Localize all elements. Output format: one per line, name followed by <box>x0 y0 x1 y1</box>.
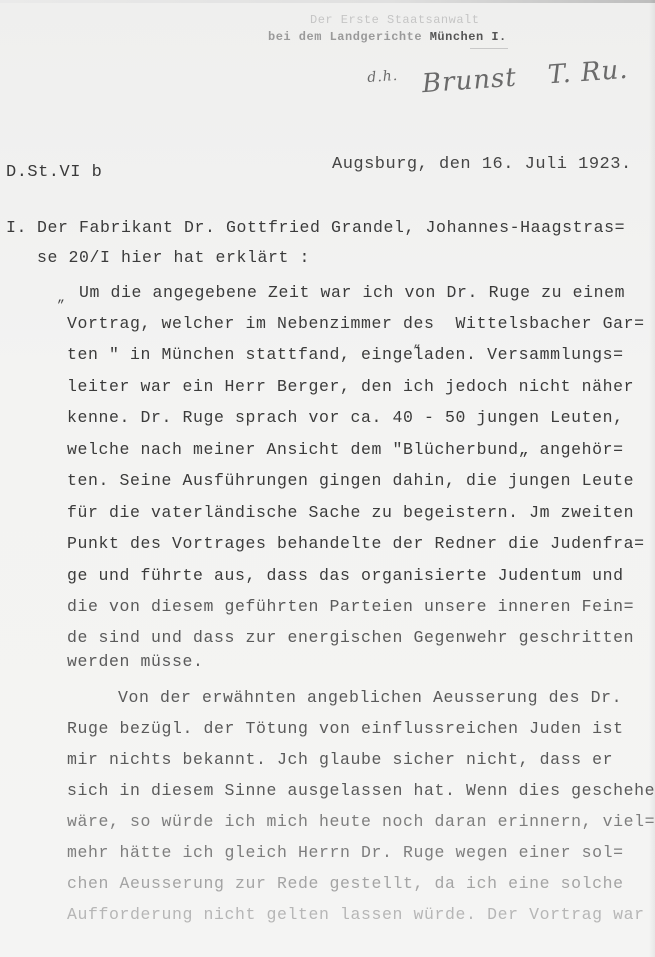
document-page: Der Erste Staatsanwalt bei dem Landgeric… <box>0 0 655 957</box>
paragraph-1-line: de sind und dass zur energischen Gegenwe… <box>67 628 634 647</box>
paragraph-2-line: mir nichts bekannt. Jch glaube sicher ni… <box>67 750 613 769</box>
intro-line: se 20/I hier hat erklärt : <box>37 248 310 267</box>
paragraph-1-line: ten. Seine Ausführungen gingen dahin, di… <box>67 471 634 490</box>
paragraph-1-line: kenne. Dr. Ruge sprach vor ca. 40 - 50 j… <box>67 408 624 427</box>
paragraph-1-line: für die vaterländische Sache zu begeiste… <box>67 503 634 522</box>
intro-line: Der Fabrikant Dr. Gottfried Grandel, Joh… <box>37 218 625 237</box>
paragraph-1-line: Punkt des Vortrages behandelte der Redne… <box>67 534 645 553</box>
paragraph-1-line: werden müsse. <box>67 652 204 671</box>
paragraph-2-line: Von der erwähnten angeblichen Aeusserung… <box>118 688 622 707</box>
paragraph-2-line: chen Aeusserung zur Rede gestellt, da ic… <box>67 874 624 893</box>
paragraph-2-line: wäre, so würde ich mich heute noch daran… <box>67 812 655 831</box>
paragraph-1-line: Um die angegebene Zeit war ich von Dr. R… <box>79 283 625 302</box>
paragraph-1-line: welche nach meiner Ansicht dem "Blücherb… <box>67 440 624 459</box>
opening-quote-mark: „ <box>57 290 65 305</box>
paragraph-1-line: leiter war ein Herr Berger, den ich jedo… <box>67 377 634 396</box>
paragraph-2-line: Ruge bezügl. der Tötung von einflussreic… <box>67 719 624 738</box>
paragraph-1-line: ten " in München stattfand, eingeladen. … <box>67 345 624 364</box>
document-body: I. Der Fabrikant Dr. Gottfried Grandel, … <box>0 0 655 627</box>
section-marker: I. <box>6 218 27 237</box>
paragraph-2-line: sich in diesem Sinne ausgelassen hat. We… <box>67 781 655 800</box>
paragraph-1-line: die von diesem geführten Parteien unsere… <box>67 597 634 616</box>
paragraph-1-line: Vortrag, welcher im Nebenzimmer des Witt… <box>67 314 645 333</box>
paragraph-2-line: mehr hätte ich gleich Herrn Dr. Ruge weg… <box>67 843 624 862</box>
paragraph-2-line: Aufforderung nicht gelten lassen würde. … <box>67 905 645 924</box>
paragraph-1-line: ge und führte aus, dass das organisierte… <box>67 566 624 585</box>
